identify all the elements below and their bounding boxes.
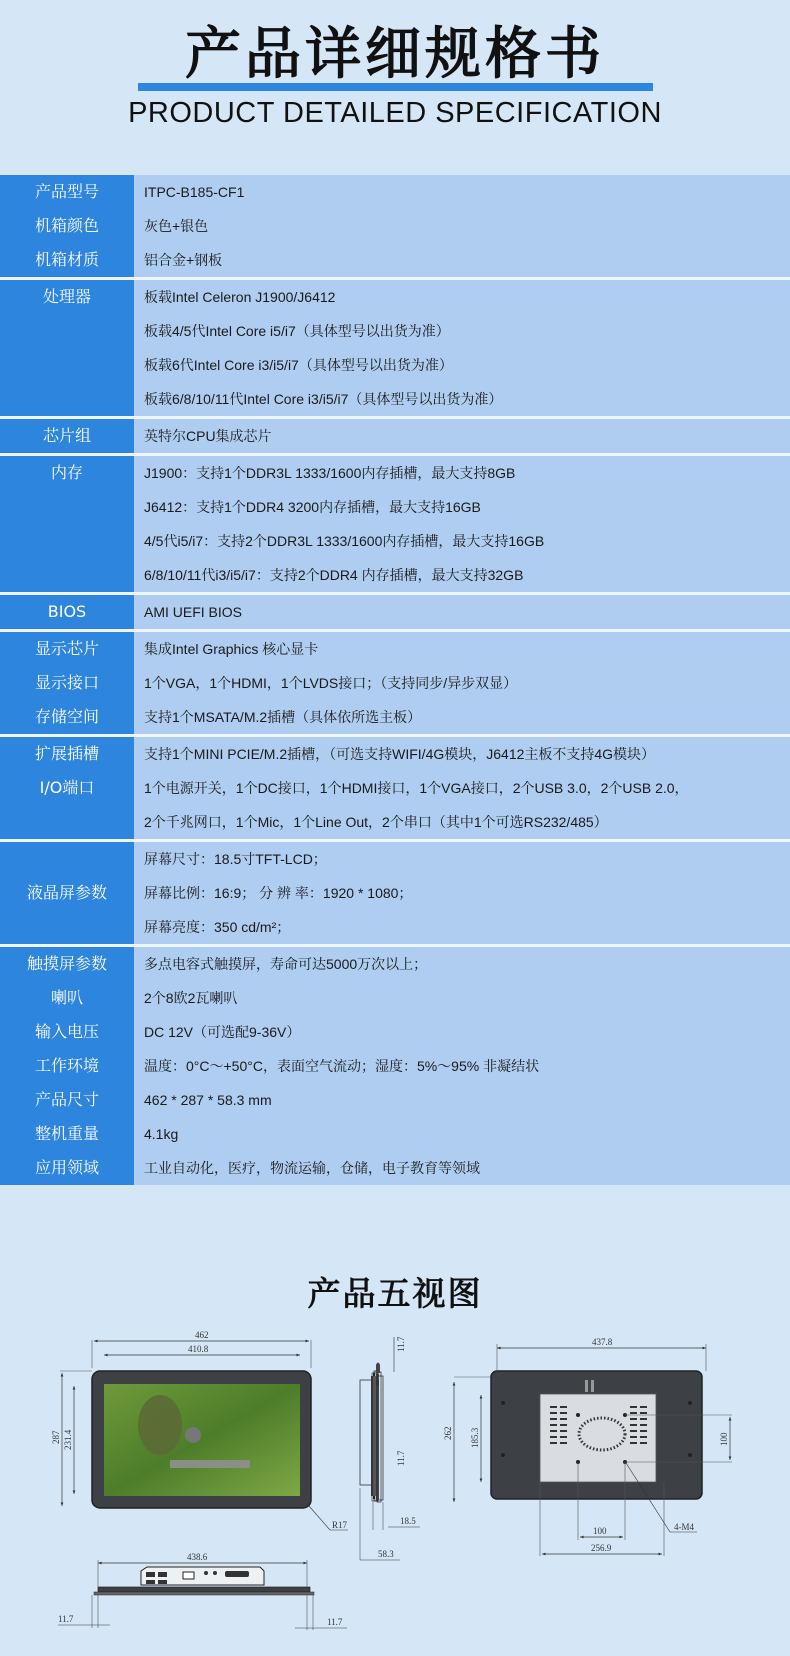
spec-value: 1个VGA，1个HDMI，1个LVDS接口；（支持同步/异步双显）: [134, 666, 790, 700]
dim-side-bottom: 11.7: [396, 1450, 406, 1466]
spec-label: 机箱材质: [0, 243, 134, 277]
spec-value: 屏幕比例：16:9； 分 辨 率：1920 * 1080；: [134, 876, 790, 910]
dim-front-height: 287: [51, 1430, 61, 1444]
spec-value: 温度：0°C～+50°C，表面空气流动；湿度：5%～95% 非凝结状: [134, 1049, 790, 1083]
dim-rear-box-height: 185.3: [470, 1427, 480, 1448]
spec-value: 英特尔CPU集成芯片: [134, 419, 790, 453]
spec-value: 支持1个MSATA/M.2插槽（具体依所选主板）: [134, 700, 790, 734]
spec-label-column: BIOS: [0, 595, 134, 629]
dim-rear-screws: 4-M4: [674, 1522, 694, 1532]
spec-group: 扩展插槽I/O端口支持1个MINI PCIE/M.2插槽，（可选支持WIFI/4…: [0, 737, 790, 842]
spec-label: 触摸屏参数: [0, 947, 134, 981]
dim-side-bezel: 18.5: [400, 1516, 416, 1526]
spec-label: 处理器: [0, 280, 134, 314]
dim-front-screen-height: 231.4: [63, 1429, 73, 1450]
dim-front-width: 462: [195, 1330, 209, 1340]
title-english: PRODUCT DETAILED SPECIFICATION: [0, 97, 790, 130]
title-divider: [138, 83, 653, 91]
spec-group: 产品型号机箱颜色机箱材质ITPC-B185-CF1灰色+银色铝合金+钢板: [0, 175, 790, 280]
spec-label: I/O端口: [0, 771, 134, 805]
dim-bottom-width: 438.6: [187, 1552, 208, 1562]
dim-front-radius: R17: [332, 1520, 348, 1530]
dim-rear-vesa-h: 100: [593, 1526, 607, 1536]
spec-label: 扩展插槽: [0, 737, 134, 771]
spec-value-column: 板载Intel Celeron J1900/J6412板载4/5代Intel C…: [134, 280, 790, 416]
spec-value: J6412：支持1个DDR4 3200内存插槽，最大支持16GB: [134, 490, 790, 524]
spec-label-column: 触摸屏参数喇叭输入电压工作环境产品尺寸整机重量应用领域: [0, 947, 134, 1185]
spec-value: 铝合金+钢板: [134, 243, 790, 277]
spec-label-column: 处理器: [0, 280, 134, 416]
spec-label: 产品型号: [0, 175, 134, 209]
spec-group: 显示芯片显示接口存储空间集成Intel Graphics 核心显卡1个VGA，1…: [0, 632, 790, 737]
spec-label: 液晶屏参数: [0, 842, 134, 944]
spec-group: 触摸屏参数喇叭输入电压工作环境产品尺寸整机重量应用领域多点电容式触摸屏，寿命可达…: [0, 947, 790, 1185]
spec-label: 机箱颜色: [0, 209, 134, 243]
spec-label: 产品尺寸: [0, 1083, 134, 1117]
spec-label: [0, 805, 134, 839]
spec-label-column: 产品型号机箱颜色机箱材质: [0, 175, 134, 277]
spec-value: 灰色+银色: [134, 209, 790, 243]
spec-label-column: 显示芯片显示接口存储空间: [0, 632, 134, 734]
spec-label: 工作环境: [0, 1049, 134, 1083]
spec-value: 6/8/10/11代i3/i5/i7：支持2个DDR4 内存插槽，最大支持32G…: [134, 558, 790, 592]
spec-value: 工业自动化，医疗，物流运输，仓储，电子教育等领域: [134, 1151, 790, 1185]
spec-value: 4.1kg: [134, 1117, 790, 1151]
spec-value-column: 支持1个MINI PCIE/M.2插槽，（可选支持WIFI/4G模块，J6412…: [134, 737, 790, 839]
spec-value: 2个8欧2瓦喇叭: [134, 981, 790, 1015]
spec-value: 板载6代Intel Core i3/i5/i7（具体型号以出货为准）: [134, 348, 790, 382]
front-view: 462 410.8 287 231.4 R17: [51, 1330, 348, 1530]
spec-table: 产品型号机箱颜色机箱材质ITPC-B185-CF1灰色+银色铝合金+钢板处理器板…: [0, 175, 790, 1185]
spec-value: DC 12V（可选配9-36V）: [134, 1015, 790, 1049]
page-header: 产品详细规格书 PRODUCT DETAILED SPECIFICATION: [0, 0, 790, 175]
dim-front-screen-width: 410.8: [188, 1344, 209, 1354]
spec-value: 4/5代i5/i7：支持2个DDR3L 1333/1600内存插槽，最大支持16…: [134, 524, 790, 558]
spec-value: 多点电容式触摸屏，寿命可达5000万次以上；: [134, 947, 790, 981]
spec-value-column: 英特尔CPU集成芯片: [134, 419, 790, 453]
dim-side-depth: 58.3: [378, 1549, 394, 1559]
spec-value: ITPC-B185-CF1: [134, 175, 790, 209]
spec-label: 内存: [0, 456, 134, 490]
spec-value: 屏幕尺寸：18.5寸TFT-LCD；: [134, 842, 790, 876]
spec-value-column: AMI UEFI BIOS: [134, 595, 790, 629]
bottom-view: 438.6 11.7 11.7: [58, 1552, 347, 1630]
spec-value: AMI UEFI BIOS: [134, 595, 790, 629]
spec-group: 内存J1900：支持1个DDR3L 1333/1600内存插槽，最大支持8GBJ…: [0, 456, 790, 595]
spec-label: 显示芯片: [0, 632, 134, 666]
spec-label-column: 扩展插槽I/O端口: [0, 737, 134, 839]
rear-view: 437.8 262 185.3 100 100 256.9 4-M4: [443, 1337, 732, 1556]
spec-label: BIOS: [0, 595, 134, 629]
spec-value: 2个千兆网口，1个Mic，1个Line Out，2个串口（其中1个可选RS232…: [134, 805, 790, 839]
spec-value: 屏幕亮度：350 cd/m²；: [134, 910, 790, 944]
title-chinese: 产品详细规格书: [0, 10, 790, 90]
spec-value: J1900：支持1个DDR3L 1333/1600内存插槽，最大支持8GB: [134, 456, 790, 490]
dim-rear-width: 437.8: [592, 1337, 613, 1347]
spec-label-column: 芯片组: [0, 419, 134, 453]
spec-value: 板载4/5代Intel Core i5/i7（具体型号以出货为准）: [134, 314, 790, 348]
spec-label: 显示接口: [0, 666, 134, 700]
spec-label: 整机重量: [0, 1117, 134, 1151]
spec-label: 应用领域: [0, 1151, 134, 1185]
dim-rear-box-width: 256.9: [591, 1543, 612, 1553]
spec-value: 1个电源开关，1个DC接口，1个HDMI接口，1个VGA接口，2个USB 3.0…: [134, 771, 790, 805]
spec-value: 462 * 287 * 58.3 mm: [134, 1083, 790, 1117]
spec-label: 输入电压: [0, 1015, 134, 1049]
dim-rear-height: 262: [443, 1427, 453, 1441]
spec-group: 液晶屏参数屏幕尺寸：18.5寸TFT-LCD；屏幕比例：16:9； 分 辨 率：…: [0, 842, 790, 947]
spec-group: 芯片组英特尔CPU集成芯片: [0, 419, 790, 456]
dim-side-top: 11.7: [396, 1336, 406, 1352]
side-view: 11.7 11.7 18.5 58.3: [360, 1336, 420, 1560]
spec-value-column: 集成Intel Graphics 核心显卡1个VGA，1个HDMI，1个LVDS…: [134, 632, 790, 734]
dim-bottom-right: 11.7: [327, 1617, 343, 1627]
spec-value: 集成Intel Graphics 核心显卡: [134, 632, 790, 666]
dim-rear-vesa-v: 100: [719, 1432, 729, 1446]
spec-value-column: 屏幕尺寸：18.5寸TFT-LCD；屏幕比例：16:9； 分 辨 率：1920 …: [134, 842, 790, 944]
spec-group: BIOSAMI UEFI BIOS: [0, 595, 790, 632]
spec-value-column: ITPC-B185-CF1灰色+银色铝合金+钢板: [134, 175, 790, 277]
spec-label-column: 液晶屏参数: [0, 842, 134, 944]
spec-value-column: 多点电容式触摸屏，寿命可达5000万次以上；2个8欧2瓦喇叭DC 12V（可选配…: [134, 947, 790, 1185]
spec-label-column: 内存: [0, 456, 134, 592]
spec-label: 存储空间: [0, 700, 134, 734]
spec-value: 支持1个MINI PCIE/M.2插槽，（可选支持WIFI/4G模块，J6412…: [134, 737, 790, 771]
spec-value: 板载6/8/10/11代Intel Core i3/i5/i7（具体型号以出货为…: [134, 382, 790, 416]
views-title: 产品五视图: [0, 1268, 790, 1315]
spec-value-column: J1900：支持1个DDR3L 1333/1600内存插槽，最大支持8GBJ64…: [134, 456, 790, 592]
dim-bottom-left: 11.7: [58, 1614, 74, 1624]
spec-label: 芯片组: [0, 419, 134, 453]
spec-value: 板载Intel Celeron J1900/J6412: [134, 280, 790, 314]
spec-label: 喇叭: [0, 981, 134, 1015]
five-view-drawing: 462 410.8 287 231.4 R17 11.7 11.7 18.5 5…: [0, 1320, 790, 1656]
spec-group: 处理器板载Intel Celeron J1900/J6412板载4/5代Inte…: [0, 280, 790, 419]
